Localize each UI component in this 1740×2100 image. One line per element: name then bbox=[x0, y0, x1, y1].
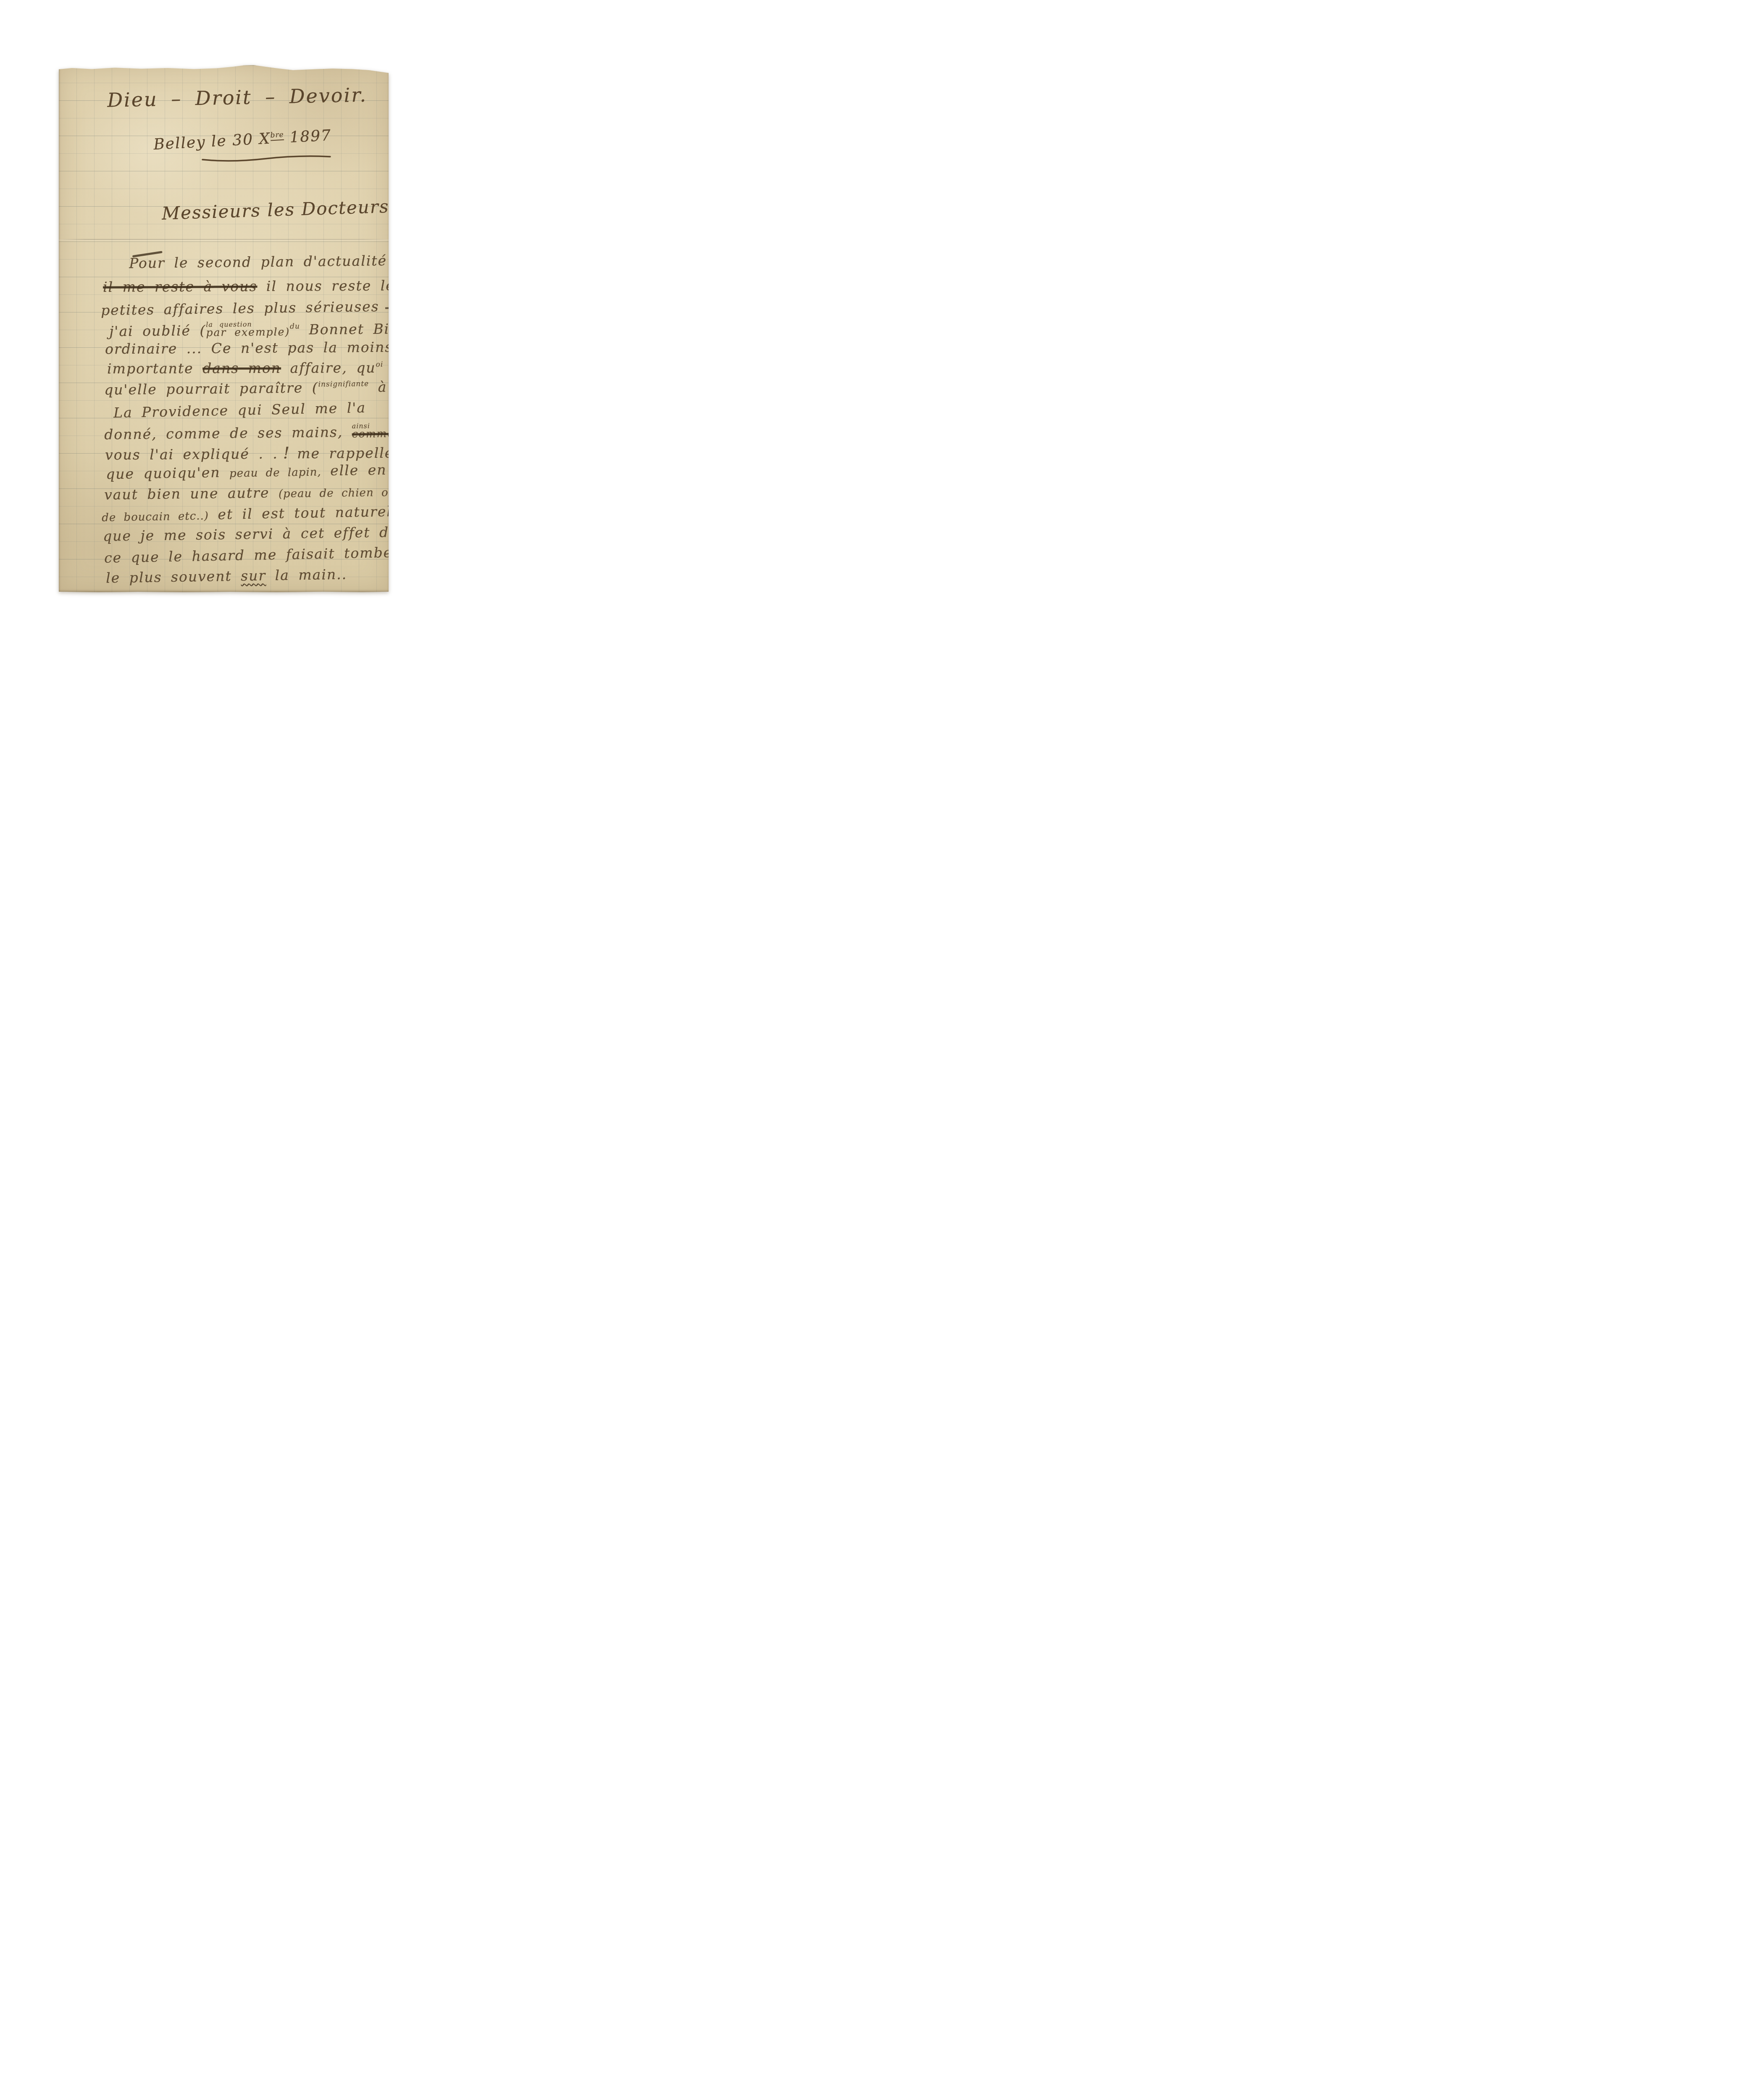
letter-paper: Dieu – Droit – Devoir. Belley le 30 Xbre… bbox=[59, 65, 389, 592]
wavy-underlined-word: sur bbox=[241, 567, 266, 584]
inserted-word: ainsi bbox=[352, 423, 394, 430]
body-line-8-text: La Providence qui Seul me l'a bbox=[113, 399, 366, 421]
body-line-11-rest: elle en bbox=[321, 462, 387, 479]
motto-text: Dieu – Droit – Devoir. bbox=[107, 84, 367, 112]
body-line-14: que je me sois servi à cet effet de bbox=[103, 524, 398, 544]
body-line-8: La Providence qui Seul me l'a bbox=[113, 399, 366, 421]
body-line-5: ordinaire ... Ce n'est pas la moins bbox=[105, 339, 393, 357]
body-line-5-text: ordinaire ... Ce n'est pas la moins bbox=[105, 339, 393, 357]
struck-text: comme bbox=[352, 428, 395, 439]
salutation-line: Messieurs les Docteurs, bbox=[161, 196, 396, 224]
body-line-11-text: que quoiqu'en bbox=[106, 464, 229, 483]
salutation-text: Messieurs les Docteurs, bbox=[161, 196, 396, 223]
dateline-place: Belley le 30 X bbox=[153, 130, 271, 154]
body-line-10: vous l'ai expliqué . .!me rappelle bbox=[105, 443, 394, 464]
body-line-16: le plus souvent sur la main.. bbox=[106, 566, 347, 586]
dateline-superscript: bre bbox=[270, 131, 284, 141]
body-line-15: ce que le hasard me faisait tomber bbox=[104, 544, 400, 566]
body-line-13: de boucain etc..) et il est tout naturel bbox=[102, 503, 392, 525]
trailing-dash-stroke bbox=[385, 306, 412, 309]
body-line-16-rest: la main.. bbox=[266, 566, 347, 583]
body-line-2-text: il nous reste les bbox=[257, 277, 403, 294]
body-line-9: donné, comme de ses mains, ainsicomme je bbox=[104, 421, 418, 443]
insertion-stack: la questionpar exemple) bbox=[206, 320, 290, 338]
date-underline-flourish bbox=[202, 155, 332, 163]
body-line-14-text: que je me sois servi à cet effet de bbox=[103, 524, 398, 544]
body-line-9-rest: je bbox=[394, 423, 418, 440]
inserted-word: la question bbox=[206, 320, 290, 328]
dateline: Belley le 30 Xbre 1897 bbox=[153, 126, 332, 154]
body-line-13-rest: et il est tout naturel bbox=[208, 503, 392, 523]
body-line-10-text: vous l'ai expliqué . . bbox=[105, 446, 278, 463]
correction-superscript: oi bbox=[376, 360, 383, 369]
body-line-16-text: le plus souvent bbox=[106, 567, 241, 586]
fold-crease bbox=[59, 239, 389, 240]
motto-line: Dieu – Droit – Devoir. bbox=[107, 84, 367, 112]
body-line-4: j'ai oublié (la questionpar exemple)du B… bbox=[109, 319, 414, 340]
small-script-text: (peau de chien ou bbox=[279, 486, 396, 500]
body-line-6-text: importante bbox=[107, 360, 202, 377]
body-line-1-text: le second plan d'actualité bbox=[165, 252, 387, 271]
small-script-text: peau de lapin, bbox=[229, 466, 321, 480]
body-line-6: importante dans mon affaire, quoi bbox=[107, 360, 383, 377]
body-line-4-text: j'ai oublié ( bbox=[109, 322, 206, 339]
struck-text: dans mon bbox=[202, 360, 281, 377]
body-line-3: petites affaires les plus sérieuses bbox=[101, 298, 412, 319]
letter-paper-wrap: Dieu – Droit – Devoir. Belley le 30 Xbre… bbox=[59, 65, 389, 592]
scan-background: Dieu – Droit – Devoir. Belley le 30 Xbre… bbox=[0, 0, 435, 630]
body-line-6-mid: affaire, qu bbox=[281, 360, 376, 376]
body-line-4-rest: Bonnet Bi–Bi bbox=[300, 320, 414, 338]
small-script-text: de boucain etc..) bbox=[102, 510, 209, 524]
struck-text: il me reste à vous bbox=[103, 278, 257, 295]
body-line-15-text: ce que le hasard me faisait tomber bbox=[104, 544, 400, 566]
inserted-exclamation: ! bbox=[283, 444, 291, 462]
inserted-word: insignifiante bbox=[318, 380, 369, 388]
body-line-2: il me reste à vous il nous reste les bbox=[103, 277, 403, 295]
body-line-3-text: petites affaires les plus sérieuses bbox=[101, 298, 379, 318]
body-line-7-text: qu'elle pourrait paraître ( bbox=[104, 379, 318, 398]
body-line-10-rest: me rappelle bbox=[297, 445, 394, 462]
body-line-7: qu'elle pourrait paraître (insignifiante… bbox=[104, 378, 435, 398]
dateline-year: 1897 bbox=[284, 127, 332, 147]
body-line-7-rest: à certains), bbox=[369, 378, 435, 395]
correction-stack: ainsicomme bbox=[352, 422, 394, 439]
body-line-12: vaut bien une autre (peau de chien ou bbox=[104, 483, 396, 503]
body-line-1: Pour le second plan d'actualité bbox=[129, 252, 387, 272]
body-line-11: que quoiqu'en peau de lapin, elle en bbox=[106, 462, 387, 483]
body-line-12-text: vaut bien une autre bbox=[104, 484, 279, 503]
body-line-9-text: donné, comme de ses mains, bbox=[104, 424, 352, 443]
inserted-word-du: du bbox=[290, 322, 300, 331]
